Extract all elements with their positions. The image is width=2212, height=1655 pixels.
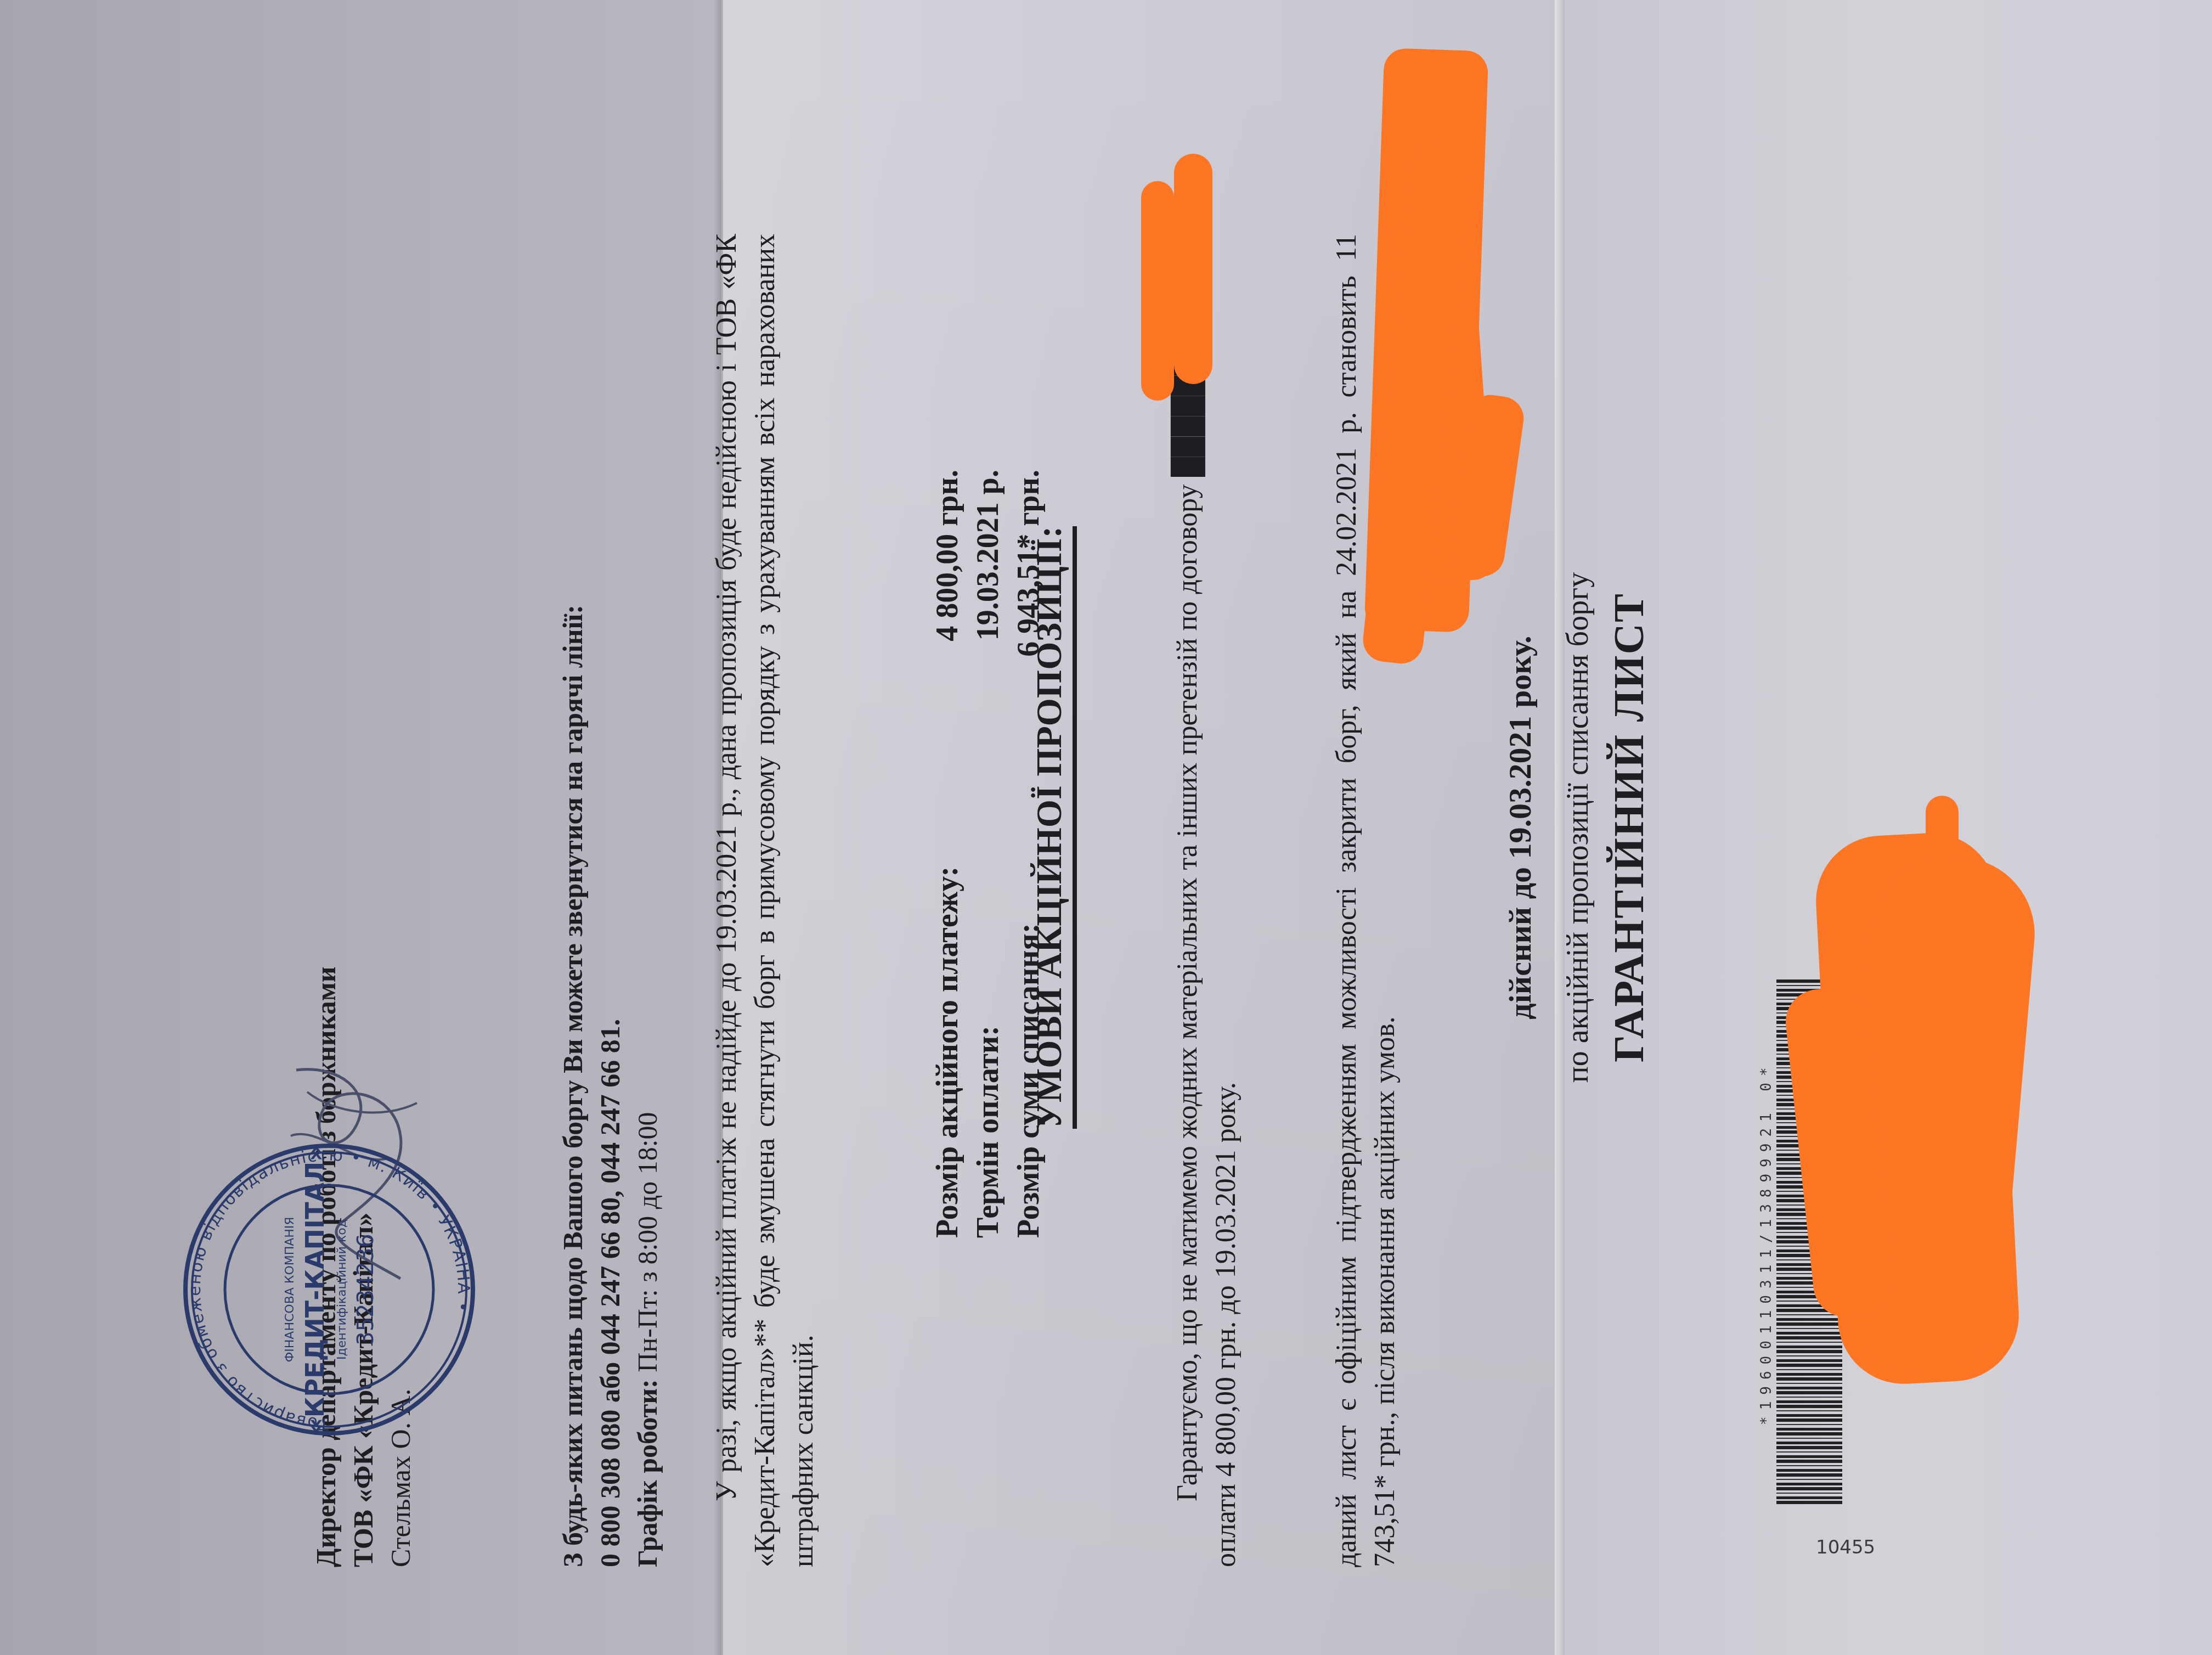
paragraph-penalty-warning: У разі, якщо акційний платіж не надійде … [708, 234, 823, 1567]
validity-date: дійсний до 19.03.2021 року. [1504, 0, 1536, 1655]
hotline-phones: 0 800 308 080 або 044 247 66 80, 044 247… [595, 1019, 625, 1567]
stamp-code: 35234236 [353, 1234, 379, 1346]
company-stamp: Товариство з обмеженою відповідальністю … [176, 1136, 483, 1443]
condition-label: Термін оплати: [968, 700, 1008, 1238]
redaction-mark [1174, 154, 1212, 384]
contact-intro: З будь-яких питань щодо Вашого боргу Ви … [557, 605, 588, 1567]
barcode-number: *19600110311/13899921 0* [1758, 980, 1775, 1506]
condition-row: Термін оплати: 19.03.2021 р. [968, 360, 1008, 1238]
letter-subtitle: по акційній пропозиції списання боргу [1562, 0, 1593, 1655]
conditions-table: Розмір акційного платежу: 4 800,00 грн. … [927, 360, 1049, 1238]
schedule-label: Графік роботи: [632, 1379, 663, 1567]
redaction-mark [1141, 181, 1174, 401]
paragraph-guarantee: Гарантуємо, що не матимемо жодних матері… [1169, 234, 1245, 1567]
contact-info: З будь-яких питань щодо Вашого боргу Ви … [554, 250, 666, 1567]
letter-title: ГАРАНТІЙНИЙ ЛИСТ [1607, 0, 1650, 1655]
stamp-company-name: «КРЕДИТ-КАПІТАЛ» [300, 1145, 330, 1434]
condition-value: 6 943,51* грн. [1008, 360, 1049, 700]
condition-row: Розмір суми списання: 6 943,51* грн. [1008, 360, 1049, 1238]
condition-label: Розмір акційного платежу: [927, 700, 968, 1238]
condition-label: Розмір суми списання: [1008, 700, 1049, 1238]
condition-value: 4 800,00 грн. [927, 360, 968, 700]
condition-row: Розмір акційного платежу: 4 800,00 грн. [927, 360, 968, 1238]
stamp-company-type: ФІНАНСОВА КОМПАНІЯ [283, 1217, 297, 1362]
stamp-code-label: Ідентифікаційний код [335, 1219, 349, 1360]
schedule-value: Пн-Пт: з 8:00 до 18:00 [632, 1112, 663, 1372]
document-number: 10455 [1816, 1536, 1875, 1558]
condition-value: 19.03.2021 р. [968, 360, 1008, 700]
